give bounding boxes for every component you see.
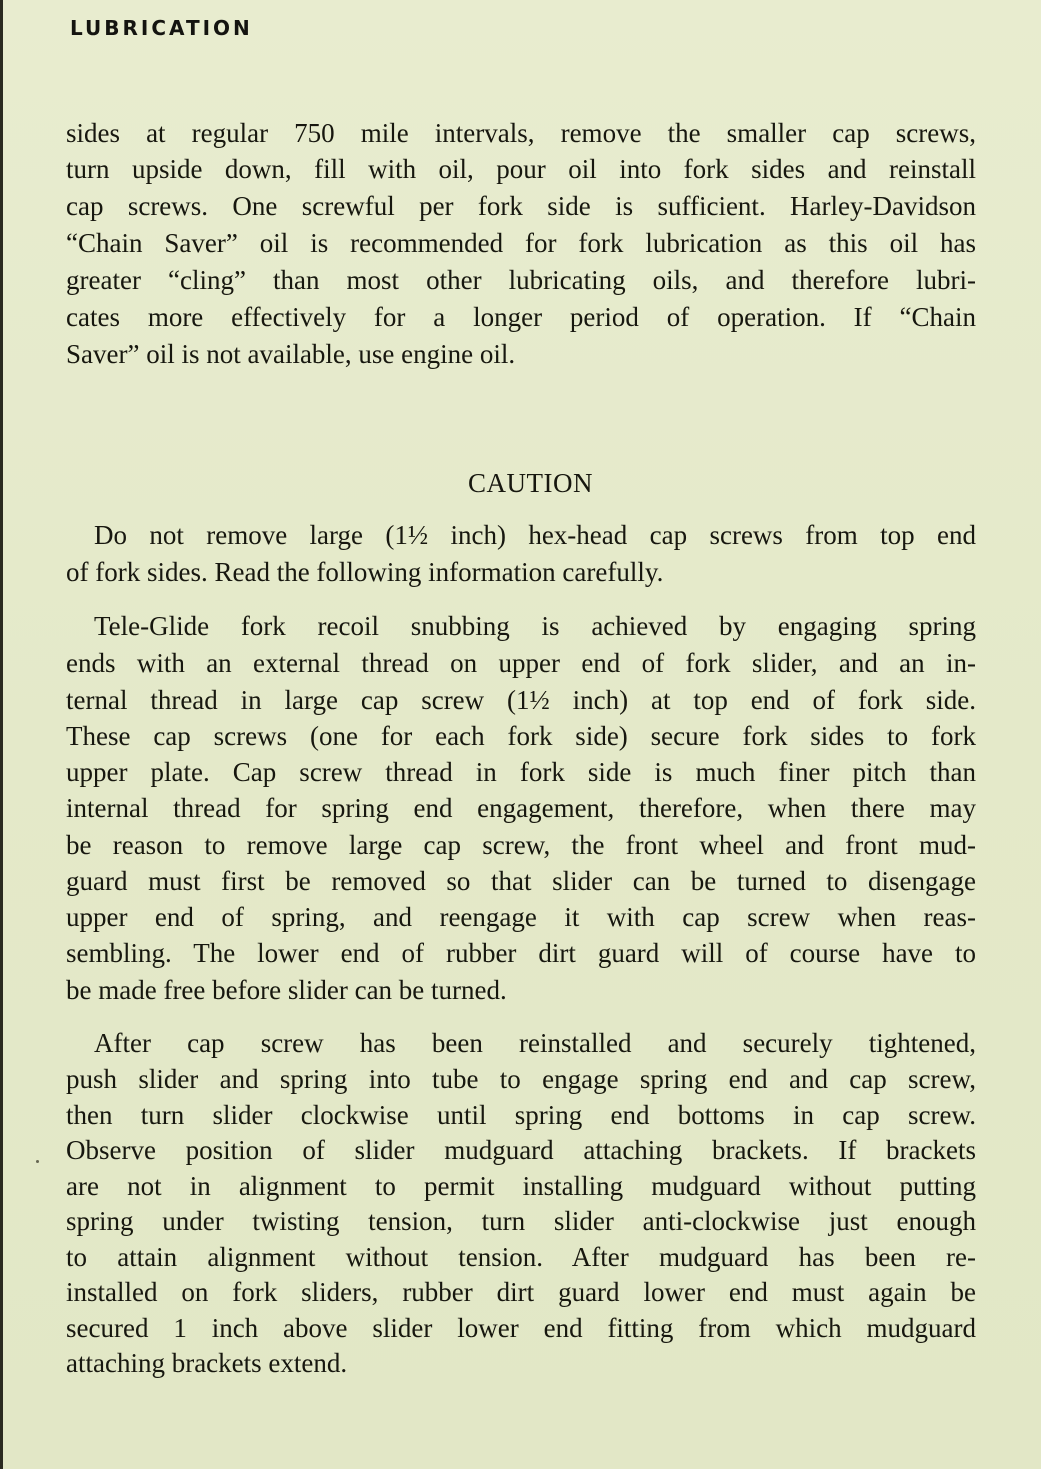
- caution-heading: CAUTION: [0, 468, 1041, 499]
- text-line: sides at regular 750 mile intervals, rem…: [66, 118, 976, 148]
- text-line: Observe position of slider mudguard atta…: [66, 1135, 976, 1165]
- text-line: spring under twisting tension, turn slid…: [66, 1206, 976, 1236]
- text-line: upper end of spring, and reengage it wit…: [66, 902, 976, 932]
- print-speck: [36, 1160, 39, 1163]
- text-line: sembling. The lower end of rubber dirt g…: [66, 938, 976, 968]
- text-line: cates more effectively for a longer peri…: [66, 302, 976, 332]
- text-line: are not in alignment to permit installin…: [66, 1171, 976, 1201]
- text-line: greater “cling” than most other lubricat…: [66, 265, 976, 295]
- text-line: After cap screw has been reinstalled and…: [94, 1028, 976, 1058]
- text-line: Do not remove large (1½ inch) hex-head c…: [94, 520, 976, 550]
- text-line: be reason to remove large cap screw, the…: [66, 830, 976, 860]
- text-line: Tele-Glide fork recoil snubbing is achie…: [94, 611, 976, 641]
- text-line: attaching brackets extend.: [66, 1348, 976, 1378]
- text-line: to attain alignment without tension. Aft…: [66, 1242, 976, 1272]
- text-line: upper plate. Cap screw thread in fork si…: [66, 757, 976, 787]
- text-line: be made free before slider can be turned…: [66, 975, 976, 1005]
- text-line: ends with an external thread on upper en…: [66, 648, 976, 678]
- text-line: ternal thread in large cap screw (1½ inc…: [66, 685, 976, 715]
- text-line: turn upside down, fill with oil, pour oi…: [66, 154, 976, 184]
- text-line: of fork sides. Read the following inform…: [66, 557, 976, 587]
- text-line: guard must first be removed so that slid…: [66, 866, 976, 896]
- page-body: sides at regular 750 mile intervals, rem…: [0, 0, 1041, 1469]
- text-line: Saver” oil is not available, use engine …: [66, 339, 976, 369]
- text-line: These cap screws (one for each fork side…: [66, 721, 976, 751]
- text-line: push slider and spring into tube to enga…: [66, 1064, 976, 1094]
- text-line: installed on fork sliders, rubber dirt g…: [66, 1277, 976, 1307]
- text-line: internal thread for spring end engagemen…: [66, 793, 976, 823]
- text-line: cap screws. One screwful per fork side i…: [66, 191, 976, 221]
- text-line: “Chain Saver” oil is recommended for for…: [66, 228, 976, 258]
- text-line: then turn slider clockwise until spring …: [66, 1100, 976, 1130]
- text-line: secured 1 inch above slider lower end fi…: [66, 1313, 976, 1343]
